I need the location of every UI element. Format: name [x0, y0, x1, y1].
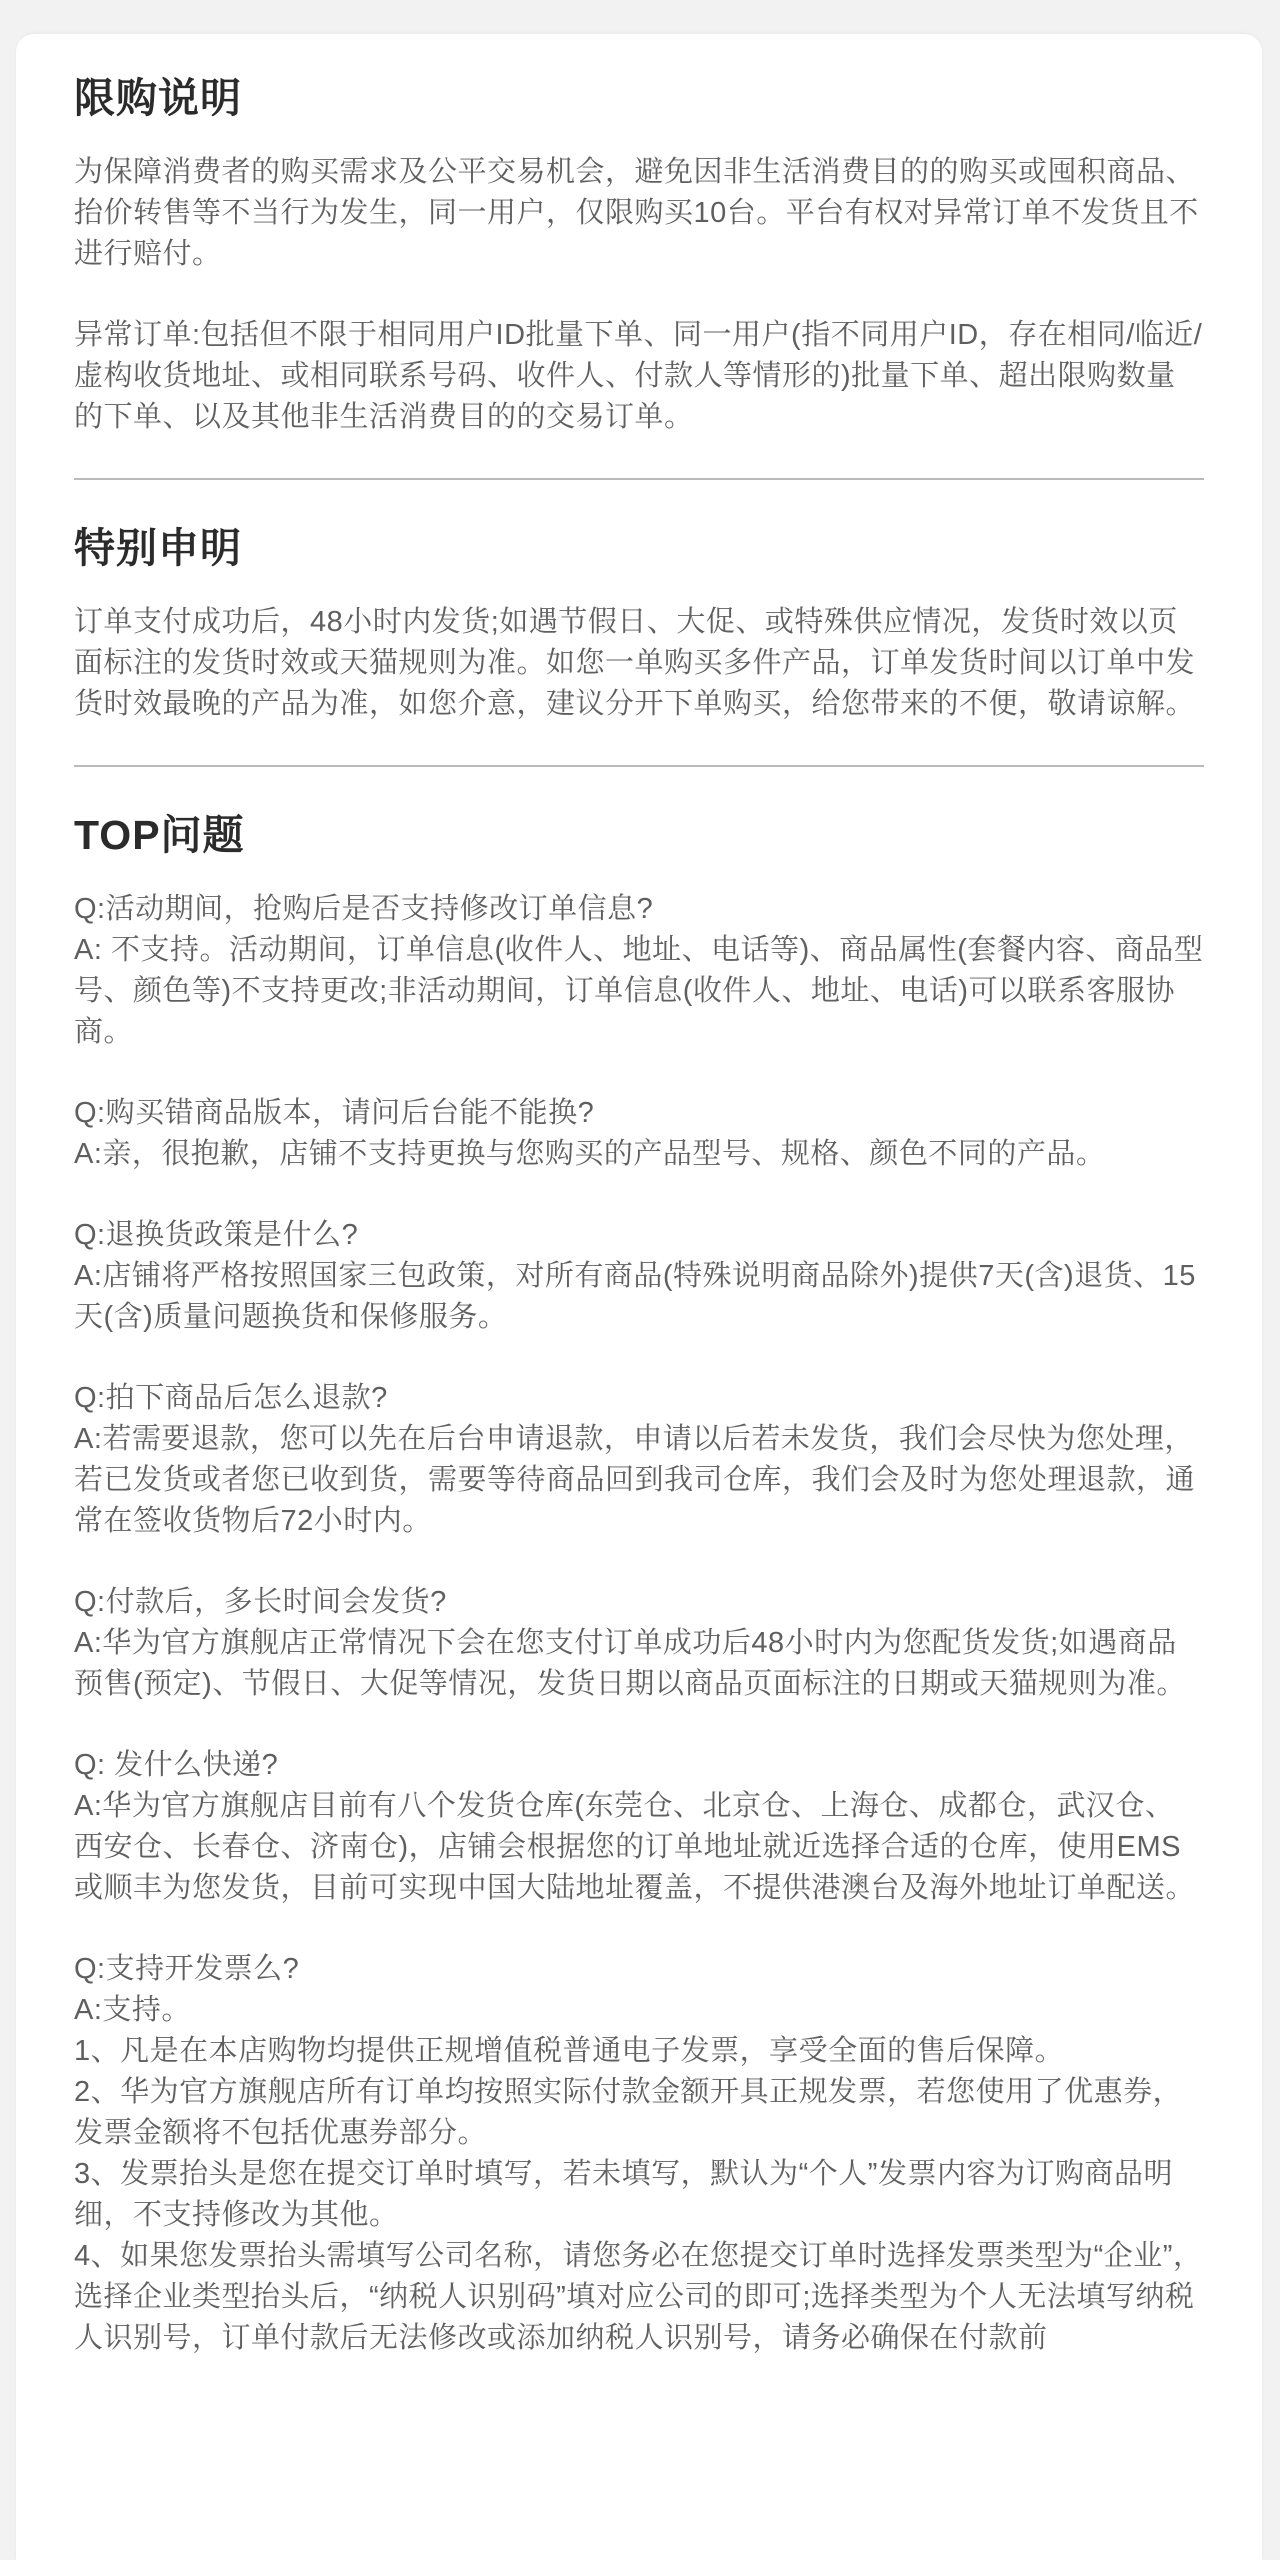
faq-answer: A:华为官方旗舰店正常情况下会在您支付订单成功后48小时内为您配货发货;如遇商品…: [74, 1623, 1204, 1705]
faq-answer: A:店铺将严格按照国家三包政策，对所有商品(特殊说明商品除外)提供7天(含)退货…: [74, 1256, 1204, 1338]
faq-question: Q:活动期间，抢购后是否支持修改订单信息?: [74, 889, 1204, 930]
section-top-questions: TOP问题 Q:活动期间，抢购后是否支持修改订单信息? A: 不支持。活动期间，…: [74, 811, 1204, 2359]
faq-item: Q: 发什么快递? A:华为官方旗舰店目前有八个发货仓库(东莞仓、北京仓、上海仓…: [74, 1745, 1204, 1909]
faq-question: Q:退换货政策是什么?: [74, 1215, 1204, 1256]
faq-item: Q:付款后，多长时间会发货? A:华为官方旗舰店正常情况下会在您支付订单成功后4…: [74, 1582, 1204, 1705]
purchase-limit-paragraph-1: 为保障消费者的购买需求及公平交易机会，避免因非生活消费目的的购买或囤积商品、抬价…: [74, 152, 1204, 275]
purchase-limit-paragraph-2: 异常订单:包括但不限于相同用户ID批量下单、同一用户(指不同用户ID，存在相同/…: [74, 315, 1204, 438]
special-statement-title: 特别申明: [74, 524, 1204, 572]
faq-question: Q:购买错商品版本，请问后台能不能换?: [74, 1093, 1204, 1134]
top-questions-title: TOP问题: [74, 811, 1204, 859]
purchase-limit-title: 限购说明: [74, 74, 1204, 122]
section-purchase-limit: 限购说明 为保障消费者的购买需求及公平交易机会，避免因非生活消费目的的购买或囤积…: [74, 74, 1204, 438]
faq-question: Q:支持开发票么?: [74, 1949, 1204, 1990]
special-statement-paragraph: 订单支付成功后，48小时内发货;如遇节假日、大促、或特殊供应情况，发货时效以页面…: [74, 602, 1204, 725]
faq-answer: A:华为官方旗舰店目前有八个发货仓库(东莞仓、北京仓、上海仓、成都仓，武汉仓、西…: [74, 1786, 1204, 1909]
faq-question: Q:付款后，多长时间会发货?: [74, 1582, 1204, 1623]
faq-question: Q:拍下商品后怎么退款?: [74, 1378, 1204, 1419]
faq-answer: A:支持。 1、凡是在本店购物均提供正规增值税普通电子发票，享受全面的售后保障。…: [74, 1990, 1204, 2359]
faq-answer: A:若需要退款，您可以先在后台申请退款，申请以后若未发货，我们会尽快为您处理，若…: [74, 1419, 1204, 1542]
faq-item: Q:活动期间，抢购后是否支持修改订单信息? A: 不支持。活动期间，订单信息(收…: [74, 889, 1204, 1053]
product-detail-notice-card: 限购说明 为保障消费者的购买需求及公平交易机会，避免因非生活消费目的的购买或囤积…: [16, 34, 1262, 2560]
faq-item: Q:支持开发票么? A:支持。 1、凡是在本店购物均提供正规增值税普通电子发票，…: [74, 1949, 1204, 2359]
faq-question: Q: 发什么快递?: [74, 1745, 1204, 1786]
faq-answer: A: 不支持。活动期间，订单信息(收件人、地址、电话等)、商品属性(套餐内容、商…: [74, 930, 1204, 1053]
faq-answer: A:亲，很抱歉，店铺不支持更换与您购买的产品型号、规格、颜色不同的产品。: [74, 1134, 1204, 1175]
section-special-statement: 特别申明 订单支付成功后，48小时内发货;如遇节假日、大促、或特殊供应情况，发货…: [74, 524, 1204, 725]
faq-item: Q:拍下商品后怎么退款? A:若需要退款，您可以先在后台申请退款，申请以后若未发…: [74, 1378, 1204, 1542]
page: { "page_background": "#f2f2f3", "card_ba…: [0, 0, 1280, 2560]
section-divider: [74, 478, 1204, 480]
faq-item: Q:退换货政策是什么? A:店铺将严格按照国家三包政策，对所有商品(特殊说明商品…: [74, 1215, 1204, 1338]
section-divider: [74, 765, 1204, 767]
faq-item: Q:购买错商品版本，请问后台能不能换? A:亲，很抱歉，店铺不支持更换与您购买的…: [74, 1093, 1204, 1175]
